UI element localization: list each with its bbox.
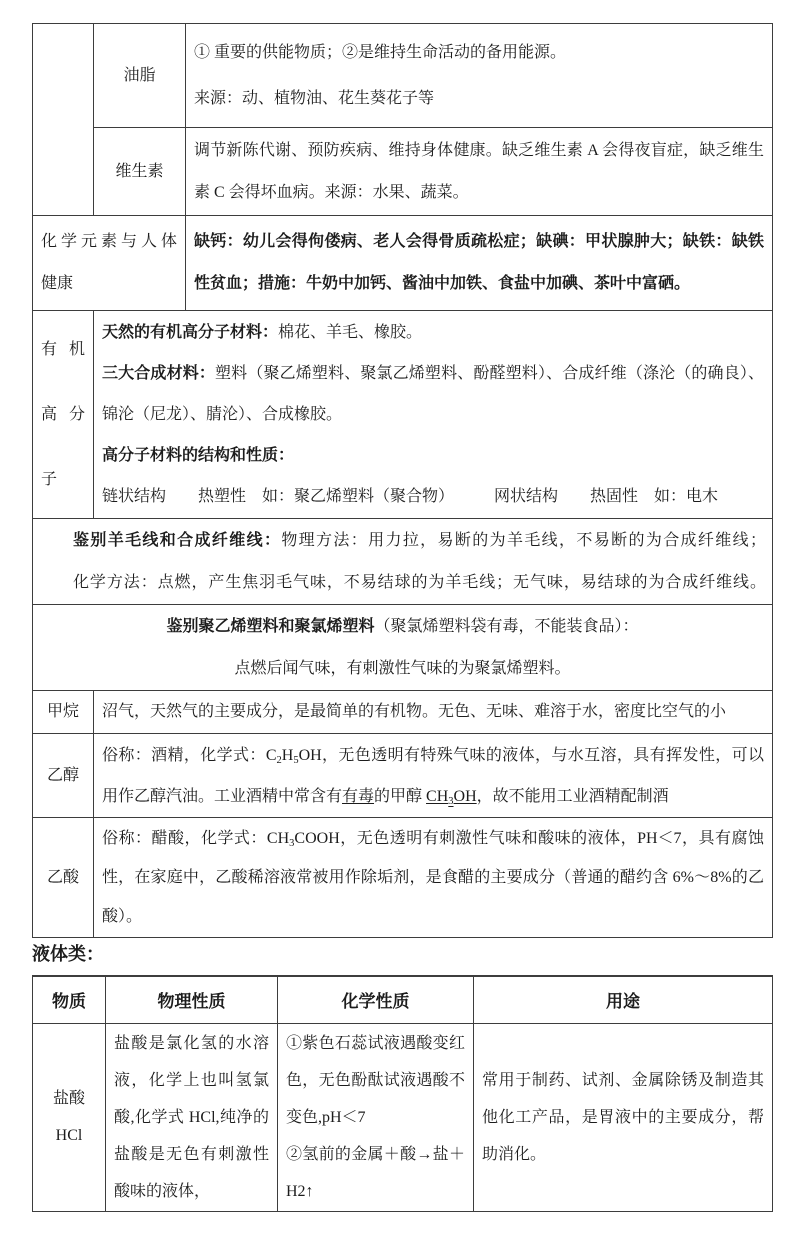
cell-ethanol-label: 乙醇 (33, 734, 94, 818)
header-uses: 用途 (474, 976, 773, 1023)
cell-hcl-uses: 常用于制药、试剂、金属除锈及制造其他化工产品，是胃液中的主要成分，帮助消化。 (474, 1023, 773, 1211)
table-row-pe-vs-pvc: 鉴别聚乙烯塑料和聚氯烯塑料（聚氯烯塑料袋有毒，不能装食品）：点燃后闻气味，有刺激… (33, 605, 773, 691)
table-row-acetic-acid: 乙酸 俗称：醋酸，化学式：CH3COOH，无色透明有刺激性气味和酸味的液体，PH… (33, 818, 773, 938)
header-physical-properties: 物理性质 (106, 976, 278, 1023)
cell-polymer-label: 有机高分子 (33, 311, 94, 519)
cell-hcl-physical: 盐酸是氯化氢的水溶液，化学上也叫氢氯酸,化学式 HCl,纯净的盐酸是无色有刺激性… (106, 1023, 278, 1211)
table-row-elements-health: 化学元素与人体健康 缺钙：幼儿会得佝偻病、老人会得骨质疏松症；缺碘：甲状腺肿大；… (33, 216, 773, 311)
table-row-wool-vs-synthetic: 鉴别羊毛线和合成纤维线：物理方法：用力拉，易断的为羊毛线，不易断的为合成纤维线；… (33, 519, 773, 605)
cell-methane-label: 甲烷 (33, 691, 94, 734)
section-heading-liquids: 液体类： (32, 939, 104, 969)
header-chemical-properties: 化学性质 (278, 976, 474, 1023)
cell-hcl-substance: 盐酸HCl (33, 1023, 106, 1211)
liquids-table: 物质 物理性质 化学性质 用途 盐酸HCl 盐酸是氯化氢的水溶液，化学上也叫氢氯… (32, 975, 773, 1212)
cell-pe-vs-pvc-content: 鉴别聚乙烯塑料和聚氯烯塑料（聚氯烯塑料袋有毒，不能装食品）：点燃后闻气味，有刺激… (33, 605, 773, 691)
table-row-weishengsu: 维生素 调节新陈代谢、预防疾病、维持身体健康。缺乏维生素 A 会得夜盲症，缺乏维… (33, 128, 773, 216)
table-row-methane: 甲烷 沼气，天然气的主要成分，是最简单的有机物。无色、无味、难溶于水，密度比空气… (33, 691, 773, 734)
nutrients-organic-table: 油脂 ① 重要的供能物质；②是维持生命活动的备用能源。来源：动、植物油、花生葵花… (32, 23, 773, 938)
table-row-youzhi: 油脂 ① 重要的供能物质；②是维持生命活动的备用能源。来源：动、植物油、花生葵花… (33, 24, 773, 128)
table-row-hcl: 盐酸HCl 盐酸是氯化氢的水溶液，化学上也叫氢氯酸,化学式 HCl,纯净的盐酸是… (33, 1023, 773, 1211)
document-page: 油脂 ① 重要的供能物质；②是维持生命活动的备用能源。来源：动、植物油、花生葵花… (0, 0, 800, 1247)
cell-acetic-acid-content: 俗称：醋酸，化学式：CH3COOH，无色透明有刺激性气味和酸味的液体，PH＜7，… (94, 818, 773, 938)
cell-youzhi-content: ① 重要的供能物质；②是维持生命活动的备用能源。来源：动、植物油、花生葵花子等 (186, 24, 773, 128)
cell-ethanol-content: 俗称：酒精，化学式：C2H5OH，无色透明有特殊气味的液体，与水互溶，具有挥发性… (94, 734, 773, 818)
liquids-header-row: 物质 物理性质 化学性质 用途 (33, 976, 773, 1023)
cell-polymer-content: 天然的有机高分子材料：棉花、羊毛、橡胶。三大合成材料：塑料（聚乙烯塑料、聚氯乙烯… (94, 311, 773, 519)
cell-youzhi-label: 油脂 (94, 24, 186, 128)
cell-wool-vs-synthetic-content: 鉴别羊毛线和合成纤维线：物理方法：用力拉，易断的为羊毛线，不易断的为合成纤维线；… (33, 519, 773, 605)
cell-methane-content: 沼气，天然气的主要成分，是最简单的有机物。无色、无味、难溶于水，密度比空气的小 (94, 691, 773, 734)
empty-cell (33, 24, 94, 216)
table-row-ethanol: 乙醇 俗称：酒精，化学式：C2H5OH，无色透明有特殊气味的液体，与水互溶，具有… (33, 734, 773, 818)
cell-acetic-acid-label: 乙酸 (33, 818, 94, 938)
cell-elements-health-content: 缺钙：幼儿会得佝偻病、老人会得骨质疏松症；缺碘：甲状腺肿大；缺铁：缺铁性贫血；措… (186, 216, 773, 311)
cell-hcl-chemical: ①紫色石蕊试液遇酸变红色，无色酚酞试液遇酸不变色,pH＜7②氢前的金属＋酸→盐＋… (278, 1023, 474, 1211)
cell-elements-health-label: 化学元素与人体健康 (33, 216, 186, 311)
cell-weishengsu-content: 调节新陈代谢、预防疾病、维持身体健康。缺乏维生素 A 会得夜盲症，缺乏维生素 C… (186, 128, 773, 216)
cell-weishengsu-label: 维生素 (94, 128, 186, 216)
table-row-polymer: 有机高分子 天然的有机高分子材料：棉花、羊毛、橡胶。三大合成材料：塑料（聚乙烯塑… (33, 311, 773, 519)
header-substance: 物质 (33, 976, 106, 1023)
